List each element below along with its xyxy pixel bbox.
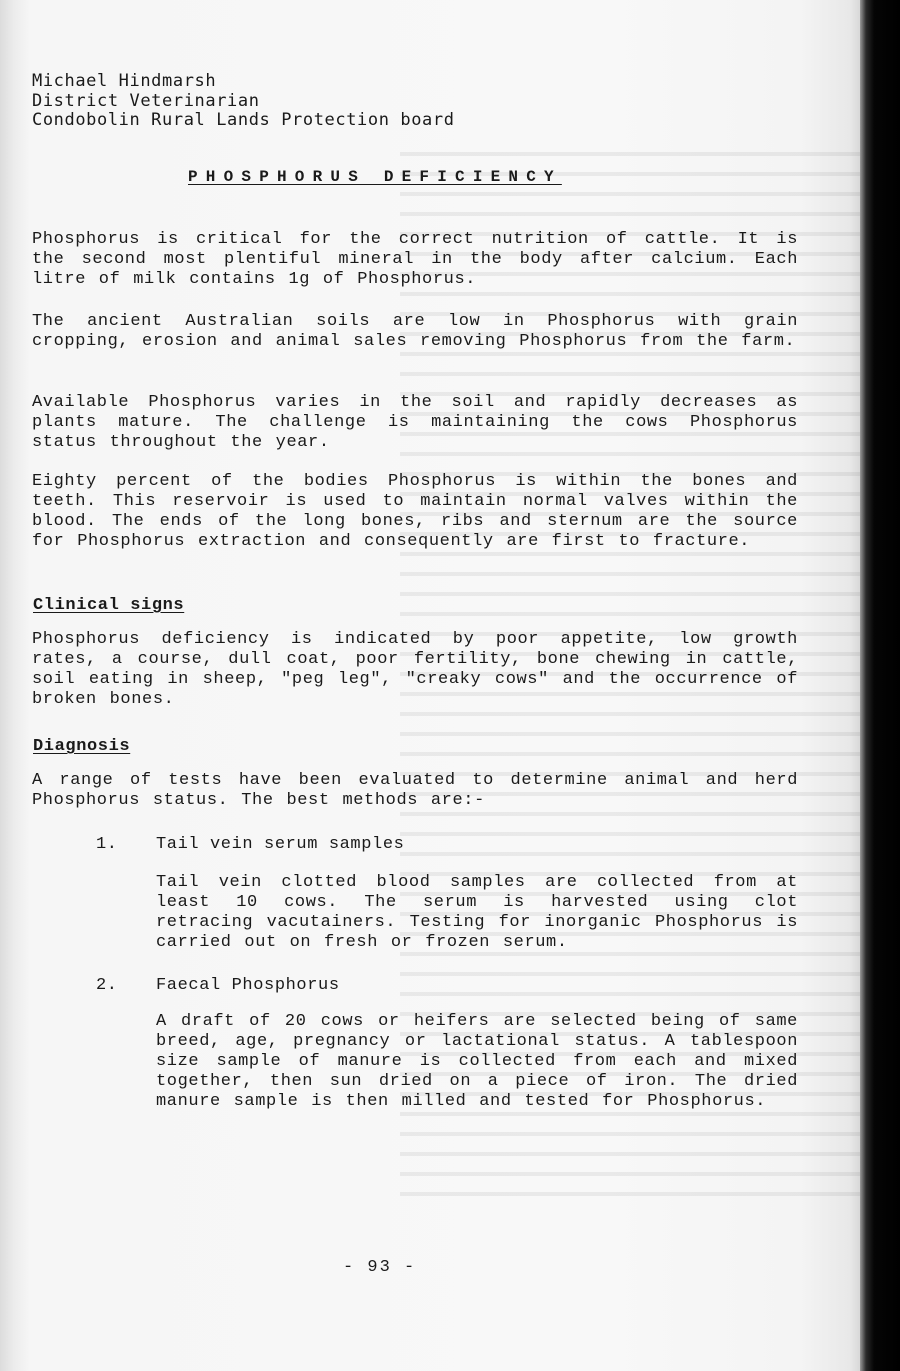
author-organisation: Condobolin Rural Lands Protection board — [32, 110, 455, 130]
author-block: Michael Hindmarsh District Veterinarian … — [32, 72, 798, 131]
diagnosis-heading: Diagnosis — [33, 737, 130, 756]
method-2-title: Faecal Phosphorus — [156, 976, 340, 995]
document-page: Michael Hindmarsh District Veterinarian … — [0, 0, 860, 1371]
intro-paragraph-3: Available Phosphorus varies in the soil … — [32, 393, 798, 453]
intro-paragraph-2: The ancient Australian soils are low in … — [32, 312, 798, 352]
author-position: District Veterinarian — [32, 91, 260, 111]
method-1-text: Tail vein clotted blood samples are coll… — [156, 873, 798, 953]
clinical-signs-text: Phosphorus deficiency is indicated by po… — [32, 630, 798, 710]
method-1-title: Tail vein serum samples — [156, 835, 404, 854]
author-name: Michael Hindmarsh — [32, 71, 216, 91]
page-title: PHOSPHORUS DEFICIENCY — [188, 168, 562, 186]
diagnosis-intro: A range of tests have been evaluated to … — [32, 771, 798, 811]
intro-paragraph-4: Eighty percent of the bodies Phosphorus … — [32, 472, 798, 552]
scan-edge-shadow — [860, 0, 900, 1371]
intro-paragraph-1: Phosphorus is critical for the correct n… — [32, 230, 798, 290]
clinical-signs-heading: Clinical signs — [33, 596, 184, 615]
method-2-text: A draft of 20 cows or heifers are select… — [156, 1012, 798, 1112]
method-2-number: 2. — [96, 976, 118, 995]
page-number: - 93 - — [343, 1258, 416, 1277]
method-1-number: 1. — [96, 835, 118, 854]
